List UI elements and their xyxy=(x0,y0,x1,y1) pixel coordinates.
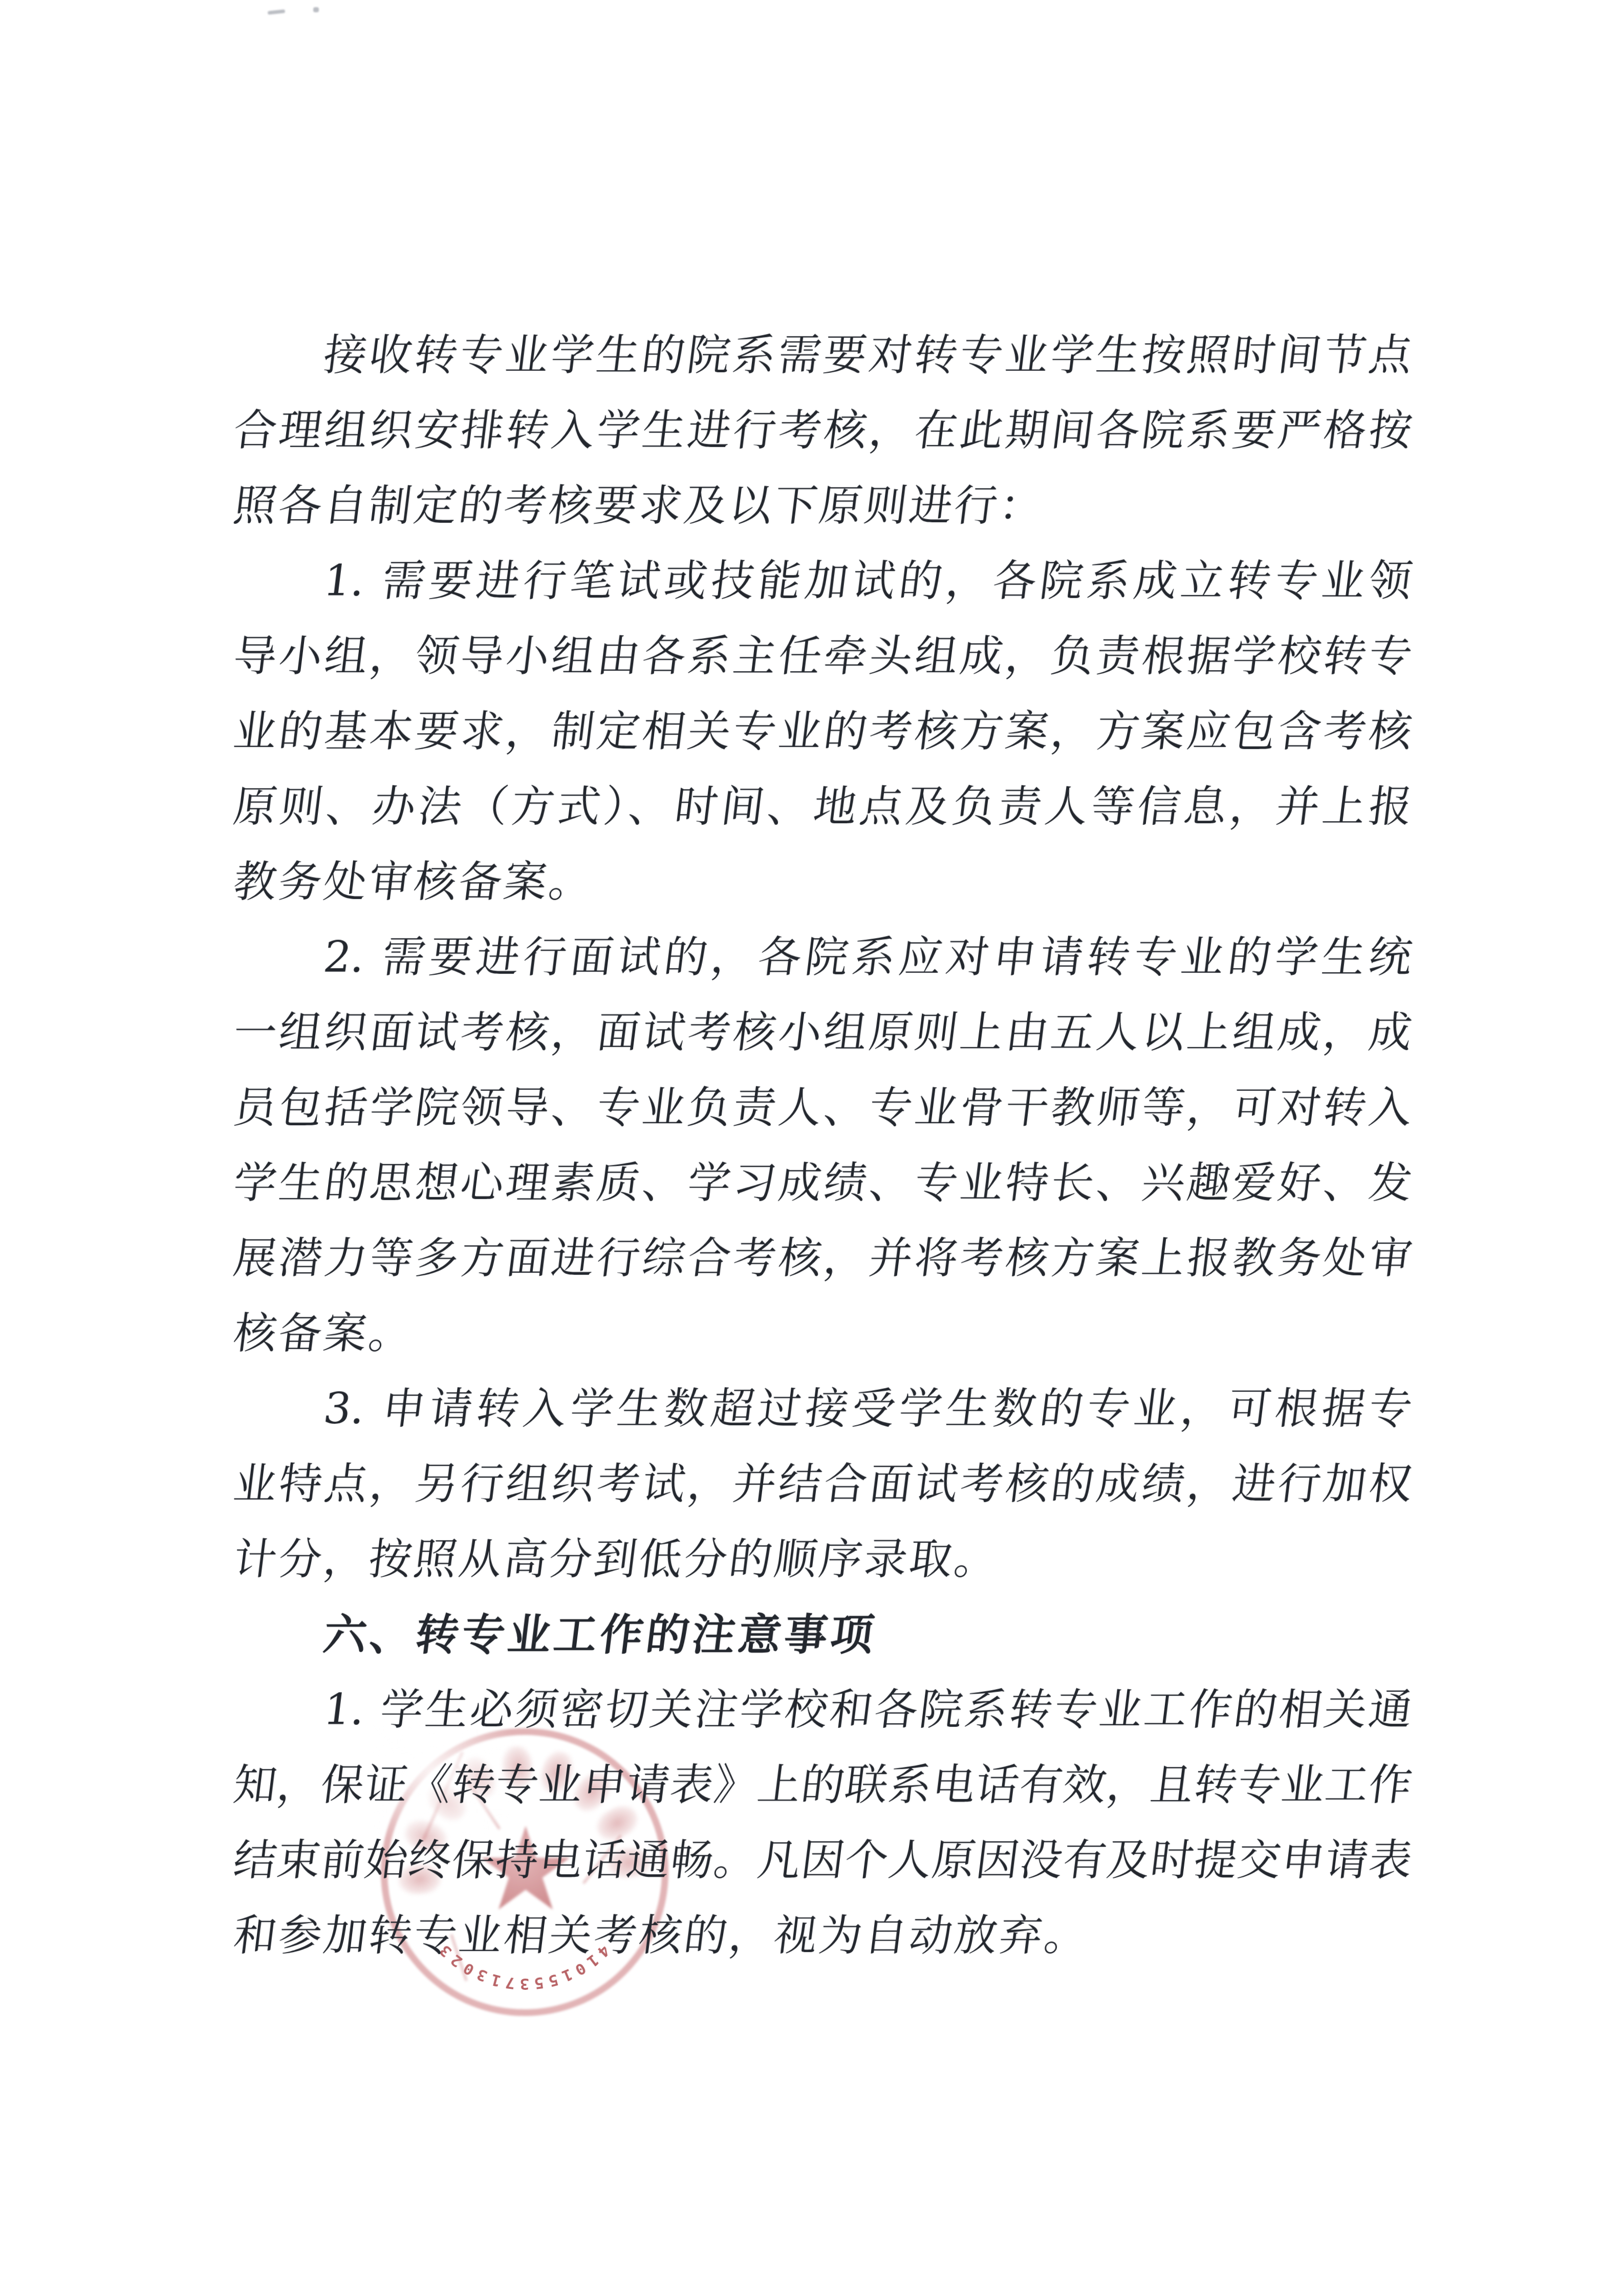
text-line: 业的基本要求，制定相关专业的考核方案，方案应包含考核 xyxy=(229,694,1417,769)
text-line: 和参加转专业相关考核的，视为自动放弃。 xyxy=(229,1898,1417,1973)
document-page: { "page": { "type": "scanned-document", … xyxy=(0,0,1624,2296)
text-line: 计分，按照从高分到低分的顺序录取。 xyxy=(229,1521,1417,1597)
scan-artifact xyxy=(268,9,286,15)
text-line: 2. 需要进行面试的，各院系应对申请转专业的学生统 xyxy=(229,919,1417,995)
text-line: 学生的思想心理素质、学习成绩、专业特长、兴趣爱好、发 xyxy=(229,1145,1417,1220)
text-line: 合理组织安排转入学生进行考核，在此期间各院系要严格按 xyxy=(229,393,1417,468)
text-line: 员包括学院领导、专业负责人、专业骨干教师等，可对转入 xyxy=(229,1070,1417,1145)
text-line: 导小组，领导小组由各系主任牵头组成，负责根据学校转专 xyxy=(229,618,1417,694)
text-line: 照各自制定的考核要求及以下原则进行： xyxy=(229,468,1417,543)
text-line: 原则、办法（方式）、时间、地点及负责人等信息，并上报 xyxy=(229,769,1417,844)
stamp-serial-digit: 7 xyxy=(504,1973,516,1992)
document-body: 接收转专业学生的院系需要对转专业学生按照时间节点 合理组织安排转入学生进行考核，… xyxy=(233,317,1411,1973)
text-line: 核备案。 xyxy=(229,1296,1417,1371)
text-line: 知，保证《转专业申请表》上的联系电话有效，且转专业工作 xyxy=(229,1747,1417,1822)
text-line: 1. 学生必须密切关注学校和各院系转专业工作的相关通 xyxy=(229,1672,1417,1747)
text-line: 一组织面试考核，面试考核小组原则上由五人以上组成，成 xyxy=(229,995,1417,1070)
scan-artifact xyxy=(313,7,319,12)
text-line: 接收转专业学生的院系需要对转专业学生按照时间节点 xyxy=(229,317,1417,393)
text-line: 展潜力等多方面进行综合考核，并将考核方案上报教务处审 xyxy=(229,1220,1417,1296)
text-line: 教务处审核备案。 xyxy=(229,844,1417,919)
text-line: 结束前始终保持电话通畅。凡因个人原因没有及时提交申请表 xyxy=(229,1822,1417,1898)
section-heading: 六、转专业工作的注意事项 xyxy=(229,1597,1417,1672)
text-line: 业特点，另行组织考试，并结合面试考核的成绩，进行加权 xyxy=(229,1446,1417,1521)
text-line: 3. 申请转入学生数超过接受学生数的专业，可根据专 xyxy=(229,1371,1417,1446)
stamp-serial-digit: 3 xyxy=(520,1975,530,1993)
text-line: 1. 需要进行笔试或技能加试的，各院系成立转专业领 xyxy=(229,543,1417,618)
